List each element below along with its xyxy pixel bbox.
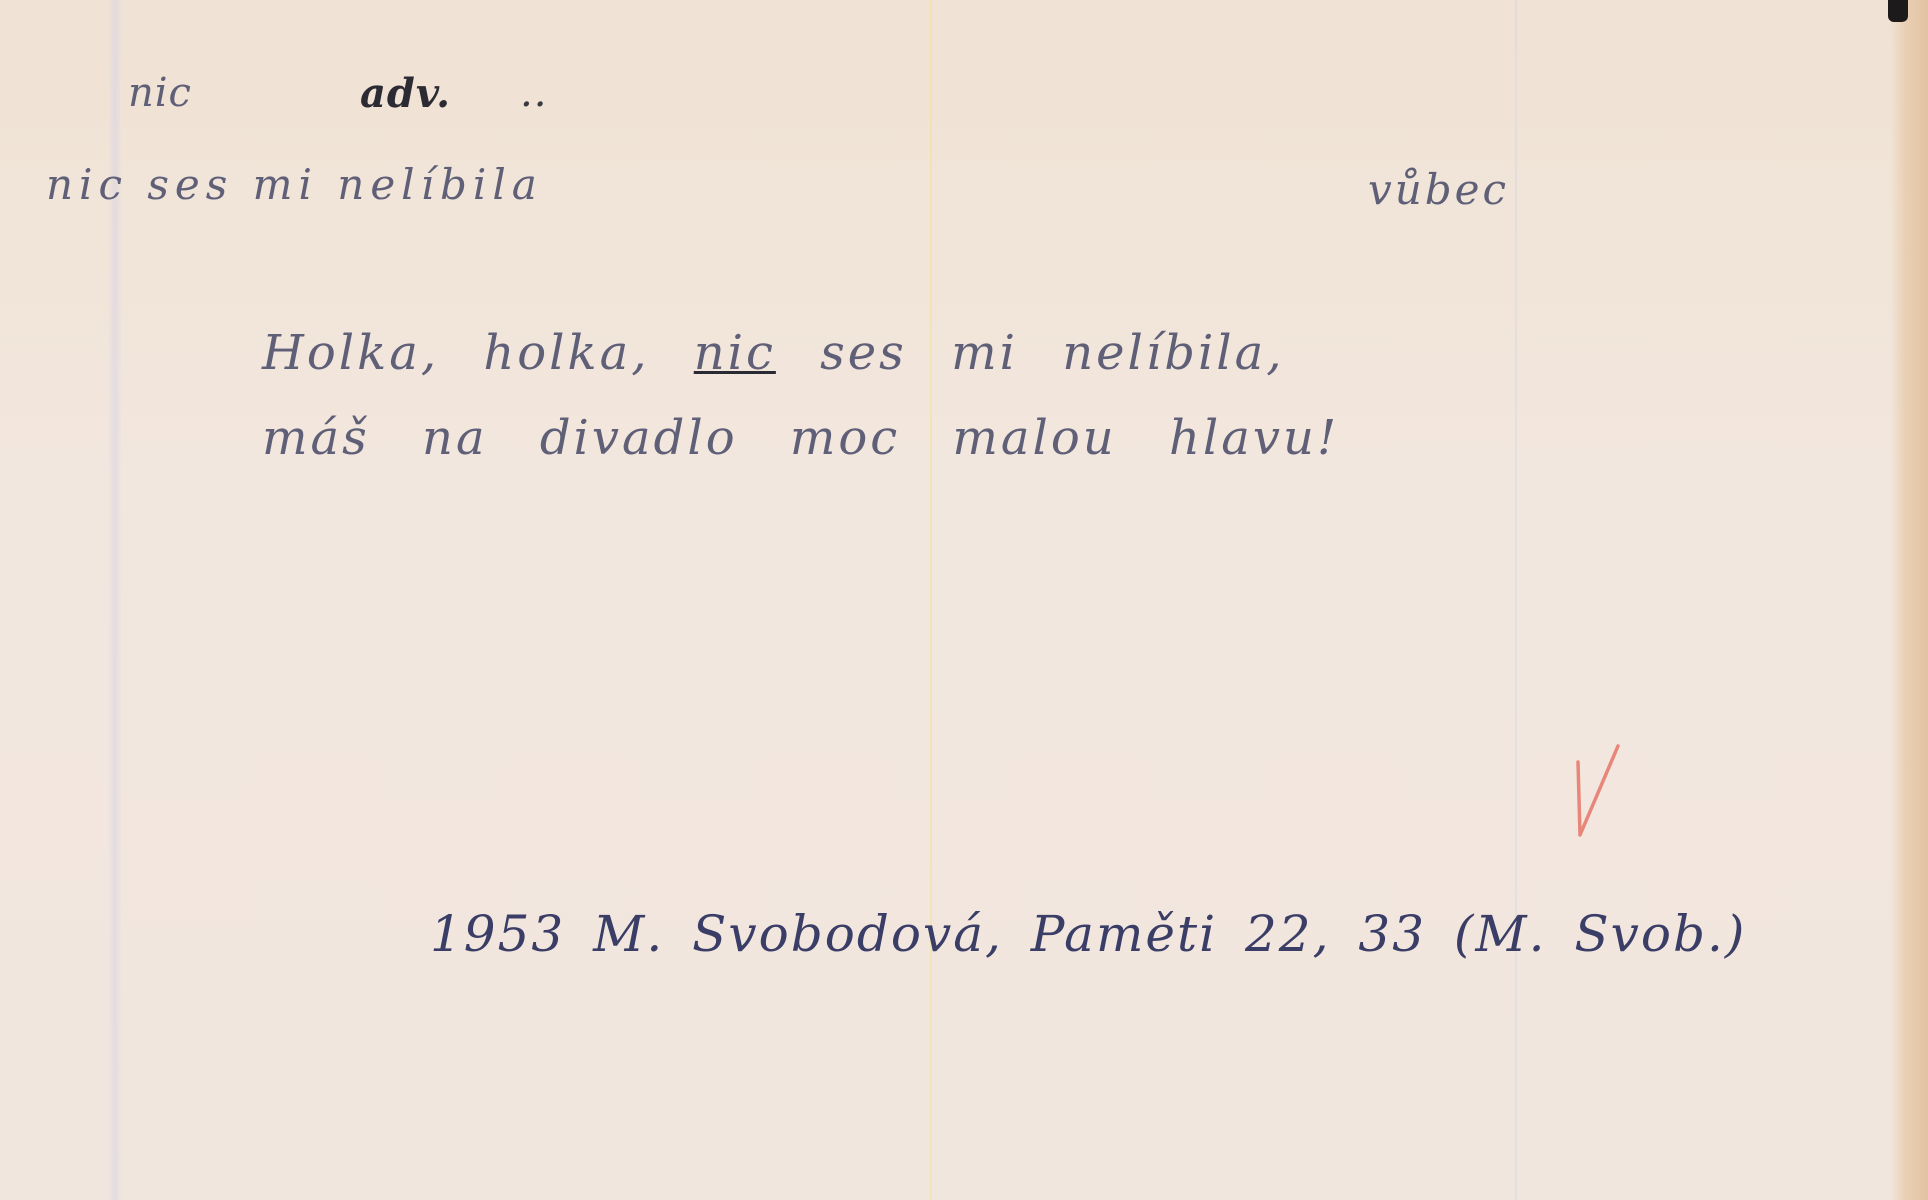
red-check-icon — [1572, 740, 1622, 840]
headword: nic — [128, 70, 192, 116]
pos-trailing-marks: .. — [520, 70, 547, 116]
faint-ruled-line — [1515, 0, 1517, 1200]
quote-line-1: Holka, holka, nic ses mi nelíbila, — [262, 325, 1285, 381]
quote-line-1-after: ses mi nelíbila, — [776, 325, 1285, 381]
corner-ink-mark — [1888, 0, 1908, 22]
center-fold-line — [930, 0, 932, 1200]
part-of-speech: adv. — [360, 70, 451, 117]
dictionary-slip-card: nic adv. .. nic ses mi nelíbila vůbec Ho… — [0, 0, 1928, 1200]
gloss: vůbec — [1368, 165, 1509, 214]
quote-line-2: máš na divadlo moc malou hlavu! — [262, 410, 1339, 466]
quote-keyword: nic — [694, 325, 776, 381]
phrase: nic ses mi nelíbila — [46, 160, 543, 209]
quote-line-1-before: Holka, holka, — [262, 325, 694, 381]
source-citation: 1953 M. Svobodová, Paměti 22, 33 (M. Svo… — [430, 905, 1746, 963]
